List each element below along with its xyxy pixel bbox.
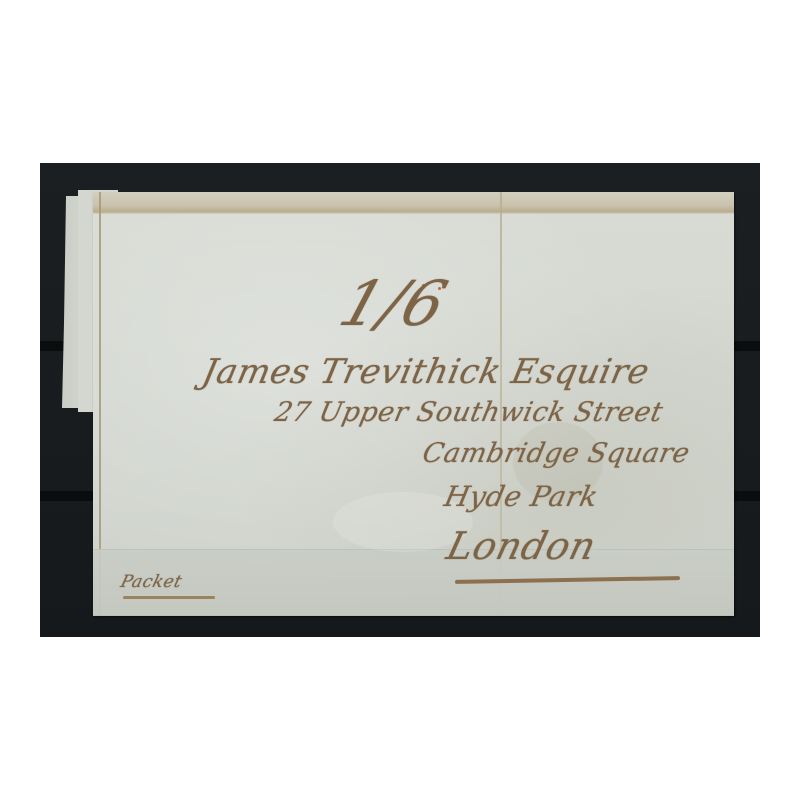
addressee-line: James Trevithick Esquire [199, 352, 653, 392]
top-fold-band [93, 192, 734, 214]
district-line: Cambridge Square [420, 438, 693, 469]
street-line: 27 Upper Southwick Street [272, 397, 666, 428]
area-line: Hyde Park [441, 480, 601, 513]
city-line: London [443, 524, 601, 568]
packet-underline [123, 596, 215, 599]
packet-endorsement: Packet [119, 572, 185, 592]
postal-rate-mark: 1/6 [331, 267, 456, 340]
bottom-fold-panel [93, 549, 734, 616]
letter-front-panel: 1/6 James Trevithick Esquire 27 Upper So… [93, 192, 734, 615]
